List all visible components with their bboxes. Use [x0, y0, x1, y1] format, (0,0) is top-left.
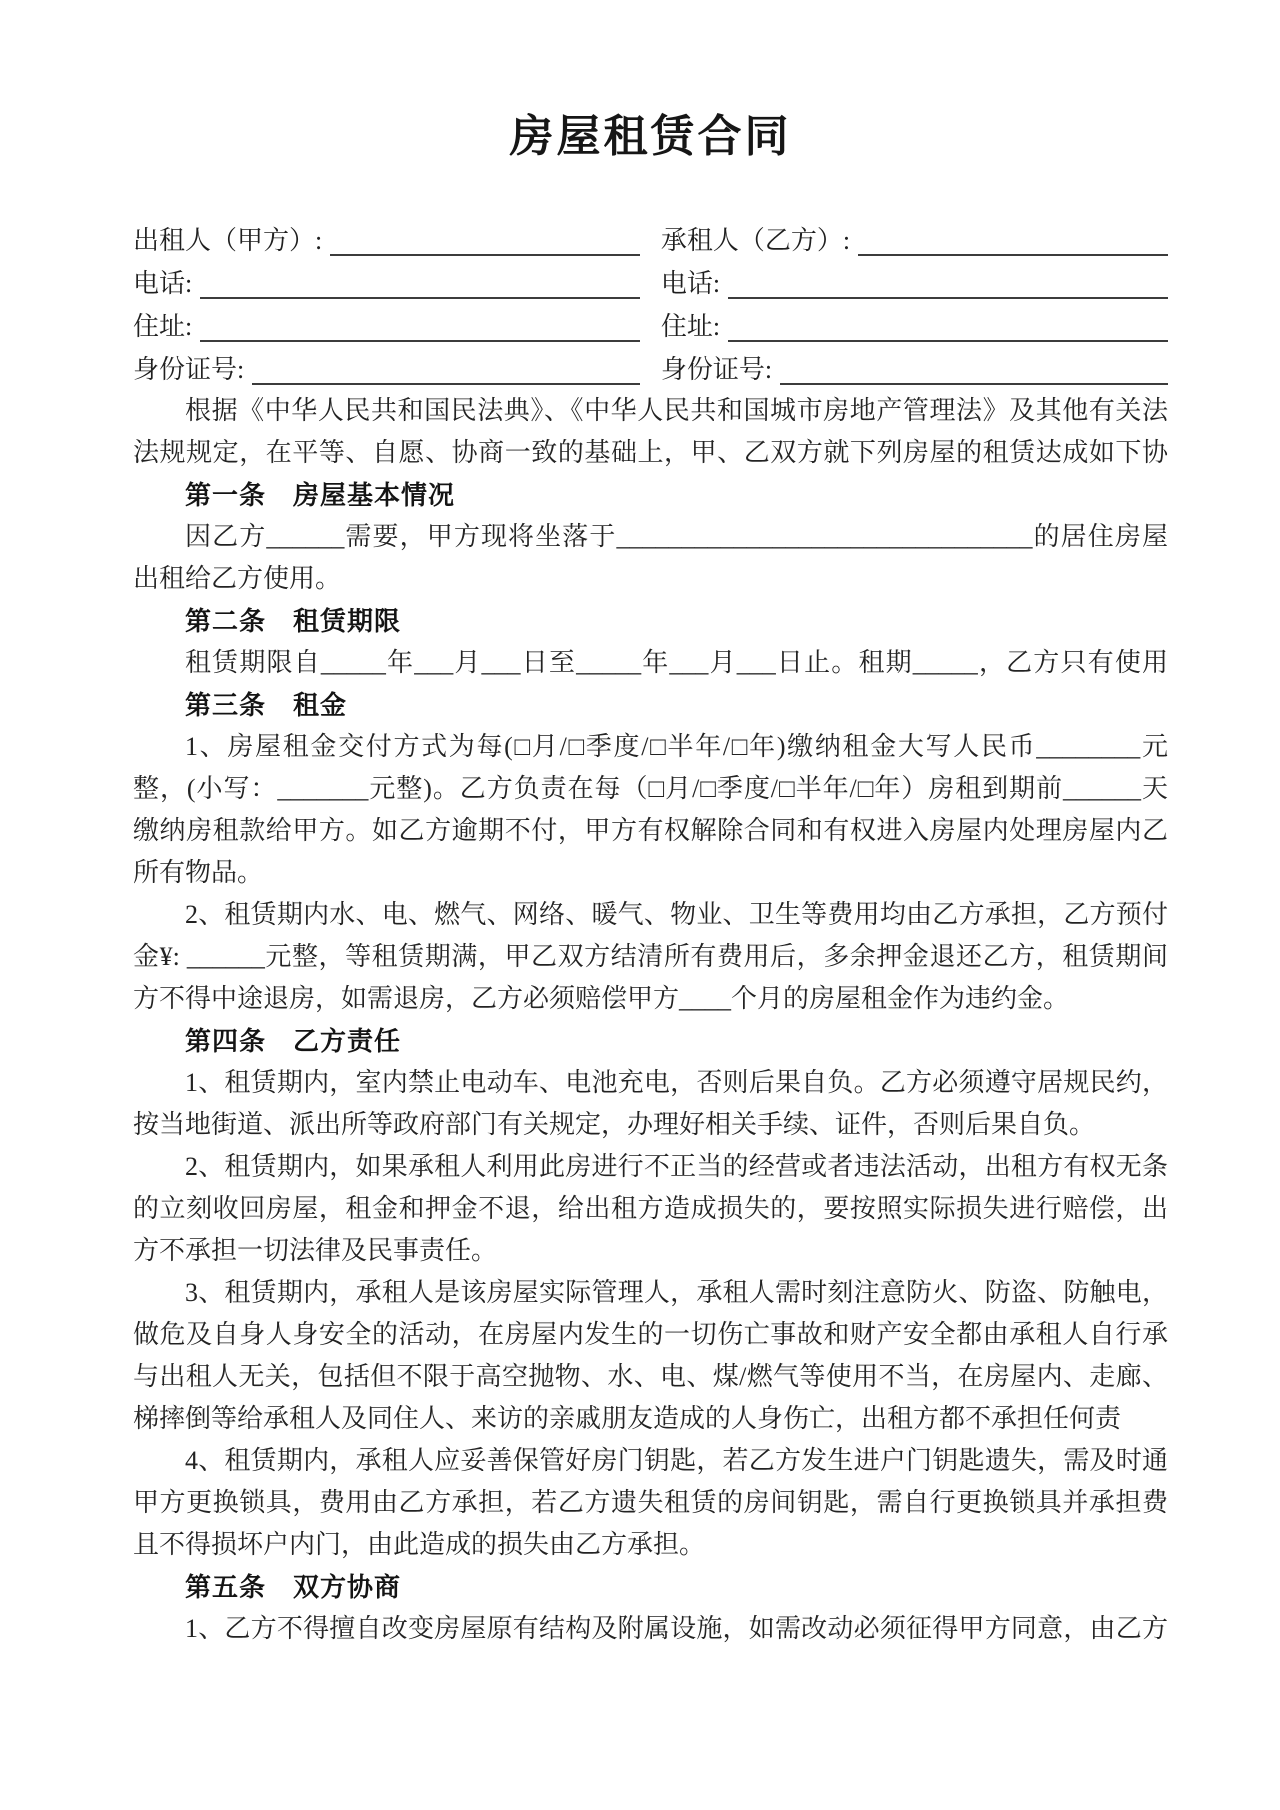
lessee-name-blank	[858, 251, 1168, 256]
lessor-id-field: 身份证号:	[133, 355, 640, 385]
lessor-id-blank	[252, 380, 640, 385]
section-4-line: 4、租赁期内，承租人应妥善保管好房门钥匙，若乙方发生进户门钥匙遗失，需及时通知	[133, 1440, 1168, 1482]
lessor-name-field: 出租人（甲方）:	[133, 226, 640, 256]
lessor-name-blank	[330, 251, 640, 256]
section-3-line: 整，(小写：_______元整)。乙方负责在每（□月/□季度/□半年/□年）房租…	[133, 768, 1168, 810]
lessee-phone-label: 电话:	[661, 269, 720, 299]
lessee-address-field: 住址:	[661, 312, 1168, 342]
section-2-heading: 第二条 租赁期限	[133, 600, 1168, 642]
field-row-addresses: 住址: 住址:	[133, 304, 1168, 347]
page-title: 房屋租赁合同	[133, 0, 1168, 168]
section-4-line: 的立刻收回房屋，租金和押金不退，给出租方造成损失的，要按照实际损失进行赔偿，出租	[133, 1188, 1168, 1230]
lessor-address-label: 住址:	[133, 312, 192, 342]
lessee-id-field: 身份证号:	[661, 355, 1168, 385]
section-4-line: 且不得损坏户内门，由此造成的损失由乙方承担。	[133, 1524, 1168, 1566]
section-1-line: 出租给乙方使用。	[133, 558, 1168, 600]
lessor-id-label: 身份证号:	[133, 355, 244, 385]
lessor-address-field: 住址:	[133, 312, 640, 342]
lessee-id-blank	[780, 380, 1168, 385]
section-4-line: 1、租赁期内，室内禁止电动车、电池充电，否则后果自负。乙方必须遵守居规民约，并	[133, 1062, 1168, 1104]
section-4-line: 方不承担一切法律及民事责任。	[133, 1230, 1168, 1272]
lessee-address-blank	[728, 337, 1168, 342]
contract-intro-line: 法规规定，在平等、自愿、协商一致的基础上，甲、乙双方就下列房屋的租赁达成如下协议…	[133, 432, 1168, 474]
field-row-phones: 电话: 电话:	[133, 261, 1168, 304]
section-3-heading: 第三条 租金	[133, 684, 1168, 726]
section-3-line: 金¥: ______元整，等租赁期满，甲乙双方结清所有费用后，多余押金退还乙方，…	[133, 936, 1168, 978]
lessee-phone-blank	[728, 294, 1168, 299]
section-4-line: 3、租赁期内，承租人是该房屋实际管理人，承租人需时刻注意防火、防盗、防触电，不	[133, 1272, 1168, 1314]
field-row-ids: 身份证号: 身份证号:	[133, 347, 1168, 390]
section-4-line: 2、租赁期内，如果承租人利用此房进行不正当的经营或者违法活动，出租方有权无条件	[133, 1146, 1168, 1188]
lessee-phone-field: 电话:	[661, 269, 1168, 299]
section-4-line: 甲方更换锁具，费用由乙方承担，若乙方遗失租赁的房间钥匙，需自行更换锁具并承担费用…	[133, 1482, 1168, 1524]
lessee-name-label: 承租人（乙方）:	[661, 226, 850, 256]
section-3-line: 1、房屋租金交付方式为每(□月/□季度/□半年/□年)缴纳租金大写人民币____…	[133, 726, 1168, 768]
contract-intro-line: 根据《中华人民共和国民法典》、《中华人民共和国城市房地产管理法》及其他有关法律	[133, 390, 1168, 432]
party-fields: 出租人（甲方）: 承租人（乙方）: 电话: 电话:	[133, 218, 1168, 390]
lessee-address-label: 住址:	[661, 312, 720, 342]
lessor-phone-label: 电话:	[133, 269, 192, 299]
section-3-line: 方不得中途退房，如需退房，乙方必须赔偿甲方____个月的房屋租金作为违约金。	[133, 978, 1168, 1020]
lessee-id-label: 身份证号:	[661, 355, 772, 385]
section-1-line: 因乙方______需要，甲方现将坐落于_____________________…	[133, 516, 1168, 558]
lessor-address-blank	[200, 337, 640, 342]
section-5-heading: 第五条 双方协商	[133, 1566, 1168, 1608]
lessor-phone-blank	[200, 294, 640, 299]
contract-content: 房屋租赁合同 出租人（甲方）: 承租人（乙方）: 电话: 电话:	[133, 0, 1168, 1650]
section-4-line: 做危及自身人身安全的活动，在房屋内发生的一切伤亡事故和财产安全都由承租人自行承担…	[133, 1314, 1168, 1356]
contract-page: 房屋租赁合同 出租人（甲方）: 承租人（乙方）: 电话: 电话:	[0, 0, 1280, 1810]
section-5-line: 1、乙方不得擅自改变房屋原有结构及附属设施，如需改动必须征得甲方同意，由乙方原	[133, 1608, 1168, 1650]
section-4-heading: 第四条 乙方责任	[133, 1020, 1168, 1062]
lessor-name-label: 出租人（甲方）:	[133, 226, 322, 256]
section-1-heading: 第一条 房屋基本情况	[133, 474, 1168, 516]
lessor-phone-field: 电话:	[133, 269, 640, 299]
section-3-line: 2、租赁期内水、电、燃气、网络、暖气、物业、卫生等费用均由乙方承担，乙方预付押	[133, 894, 1168, 936]
lessee-name-field: 承租人（乙方）:	[661, 226, 1168, 256]
section-3-line: 所有物品。	[133, 852, 1168, 894]
section-4-line: 按当地街道、派出所等政府部门有关规定，办理好相关手续、证件，否则后果自负。	[133, 1104, 1168, 1146]
section-4-line: 梯摔倒等给承租人及同住人、来访的亲戚朋友造成的人身伤亡，出租方都不承担任何责任。	[133, 1398, 1168, 1440]
field-row-names: 出租人（甲方）: 承租人（乙方）:	[133, 218, 1168, 261]
contract-body: 根据《中华人民共和国民法典》、《中华人民共和国城市房地产管理法》及其他有关法律 …	[133, 390, 1168, 1650]
section-2-line: 租赁期限自_____年___月___日至_____年___月___日止。租期__…	[133, 642, 1168, 684]
section-3-line: 缴纳房租款给甲方。如乙方逾期不付，甲方有权解除合同和有权进入房屋内处理房屋内乙方	[133, 810, 1168, 852]
section-4-line: 与出租人无关，包括但不限于高空抛物、水、电、煤/燃气等使用不当，在房屋内、走廊、…	[133, 1356, 1168, 1398]
